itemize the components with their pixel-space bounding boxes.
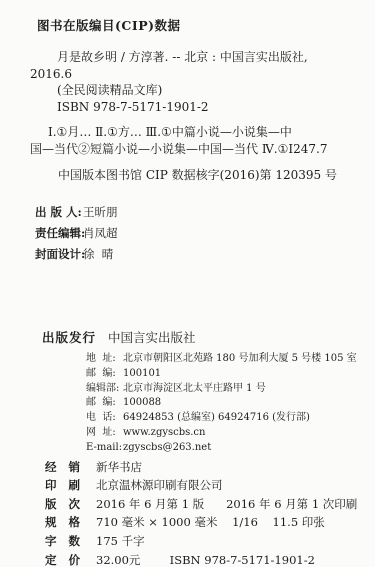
detail-label-website: 网 址: <box>86 426 120 441</box>
series-title: (全民阅读精品文库) <box>30 82 367 99</box>
cip-record-line: 月是故乡明 / 方淳著. -- 北京 : 中国言实出版社, <box>30 49 367 66</box>
detail-label-postcode: 邮 编: <box>86 367 120 382</box>
spec-row: 印刷 北京温林源印刷有限公司 <box>30 476 367 495</box>
staff-value-cover-designer: 徐 晴 <box>83 244 113 265</box>
staff-row: 封面设计: 徐 晴 <box>30 244 367 265</box>
spec-value-distributor: 新华书店 <box>96 458 142 477</box>
detail-row: 邮 编: 100088 <box>30 396 367 411</box>
classification-line: Ⅰ.①月… Ⅱ.①方… Ⅲ.①中篇小说—小说集—中 <box>30 124 367 141</box>
publisher-name: 中国言实出版社 <box>108 328 196 346</box>
spec-value-wordcount: 175 千字 <box>96 532 145 551</box>
spec-row: 字数 175 千字 <box>30 532 367 551</box>
spec-label-printer: 印刷 <box>45 476 80 495</box>
staff-label-editor: 责任编辑: <box>35 223 81 244</box>
spec-value-edition: 2016 年 6 月第 1 版 2016 年 6 月第 1 次印刷 <box>96 495 357 514</box>
detail-label-address: 地 址: <box>86 352 120 367</box>
cip-header: 图书在版编目(CIP)数据 <box>37 16 367 34</box>
detail-value-postcode: 100101 <box>123 367 161 382</box>
spec-block: 经销 新华书店 印刷 北京温林源印刷有限公司 版次 2016 年 6 月第 1 … <box>30 458 367 567</box>
cip-record-line: 2016.6 <box>30 66 367 83</box>
staff-value-editor: 肖凤超 <box>83 223 118 244</box>
detail-row: 邮 编: 100101 <box>30 367 367 382</box>
detail-value-website: www.zgyscbs.cn <box>123 426 205 441</box>
spec-label-wordcount: 字数 <box>45 532 80 551</box>
detail-row: 地 址: 北京市朝阳区北苑路 180 号加利大厦 5 号楼 105 室 <box>30 352 367 367</box>
publisher-label: 出版发行 <box>42 328 96 346</box>
detail-row: E-mail: zgyscbs@263.net <box>30 441 367 456</box>
staff-row: 出 版 人: 王昕朋 <box>30 202 367 223</box>
detail-row: 电 话: 64924853 (总编室) 64924716 (发行部) <box>30 411 367 426</box>
publisher-details: 地 址: 北京市朝阳区北苑路 180 号加利大厦 5 号楼 105 室 邮 编:… <box>30 352 367 456</box>
publisher-head: 出版发行 中国言实出版社 <box>30 328 367 346</box>
detail-label-postcode2: 邮 编: <box>86 396 120 411</box>
detail-label-phone: 电 话: <box>86 411 120 426</box>
staff-value-publisher-person: 王昕朋 <box>83 202 118 223</box>
spec-row: 规格 710 毫米 × 1000 毫米 1/16 11.5 印张 <box>30 513 367 532</box>
isbn-line: ISBN 978-7-5171-1901-2 <box>30 99 367 116</box>
cip-classification: Ⅰ.①月… Ⅱ.①方… Ⅲ.①中篇小说—小说集—中 国—当代②短篇小说—小说集—… <box>30 124 367 158</box>
staff-label-publisher-person: 出 版 人: <box>35 202 81 223</box>
detail-value-phone: 64924853 (总编室) 64924716 (发行部) <box>123 411 310 426</box>
spec-value-price: 32.00元 ISBN 978-7-5171-1901-2 <box>96 551 315 567</box>
spec-label-format: 规格 <box>45 513 80 532</box>
staff-block: 出 版 人: 王昕朋 责任编辑: 肖凤超 封面设计: 徐 晴 <box>30 202 367 265</box>
spec-label-edition: 版次 <box>45 495 80 514</box>
detail-value-address: 北京市朝阳区北苑路 180 号加利大厦 5 号楼 105 室 <box>123 352 357 367</box>
detail-row: 网 址: www.zgyscbs.cn <box>30 426 367 441</box>
spec-value-format: 710 毫米 × 1000 毫米 1/16 11.5 印张 <box>96 513 325 532</box>
spec-row: 定价 32.00元 ISBN 978-7-5171-1901-2 <box>30 551 367 567</box>
detail-value-email: zgyscbs@263.net <box>123 441 211 456</box>
spec-label-price: 定价 <box>45 551 80 567</box>
cip-registration: 中国版本图书馆 CIP 数据核字(2016)第 120395 号 <box>30 166 367 183</box>
publisher-block: 出版发行 中国言实出版社 地 址: 北京市朝阳区北苑路 180 号加利大厦 5 … <box>30 328 367 456</box>
detail-label-email: E-mail: <box>86 441 120 456</box>
spec-row: 经销 新华书店 <box>30 458 367 477</box>
spec-row: 版次 2016 年 6 月第 1 版 2016 年 6 月第 1 次印刷 <box>30 495 367 514</box>
cip-record: 月是故乡明 / 方淳著. -- 北京 : 中国言实出版社, 2016.6 (全民… <box>30 49 367 115</box>
spec-label-distributor: 经销 <box>45 458 80 477</box>
classification-line: 国—当代②短篇小说—小说集—中国—当代 Ⅳ.①I247.7 <box>30 141 367 158</box>
detail-row: 编辑部: 北京市海淀区北太平庄路甲 1 号 <box>30 382 367 397</box>
detail-value-editorial-dept: 北京市海淀区北太平庄路甲 1 号 <box>123 382 266 397</box>
staff-label-cover-designer: 封面设计: <box>35 244 81 265</box>
detail-value-postcode2: 100088 <box>123 396 161 411</box>
detail-label-editorial-dept: 编辑部: <box>86 382 120 397</box>
staff-row: 责任编辑: 肖凤超 <box>30 223 367 244</box>
copyright-page: 图书在版编目(CIP)数据 月是故乡明 / 方淳著. -- 北京 : 中国言实出… <box>0 0 375 567</box>
spec-value-printer: 北京温林源印刷有限公司 <box>96 476 223 495</box>
